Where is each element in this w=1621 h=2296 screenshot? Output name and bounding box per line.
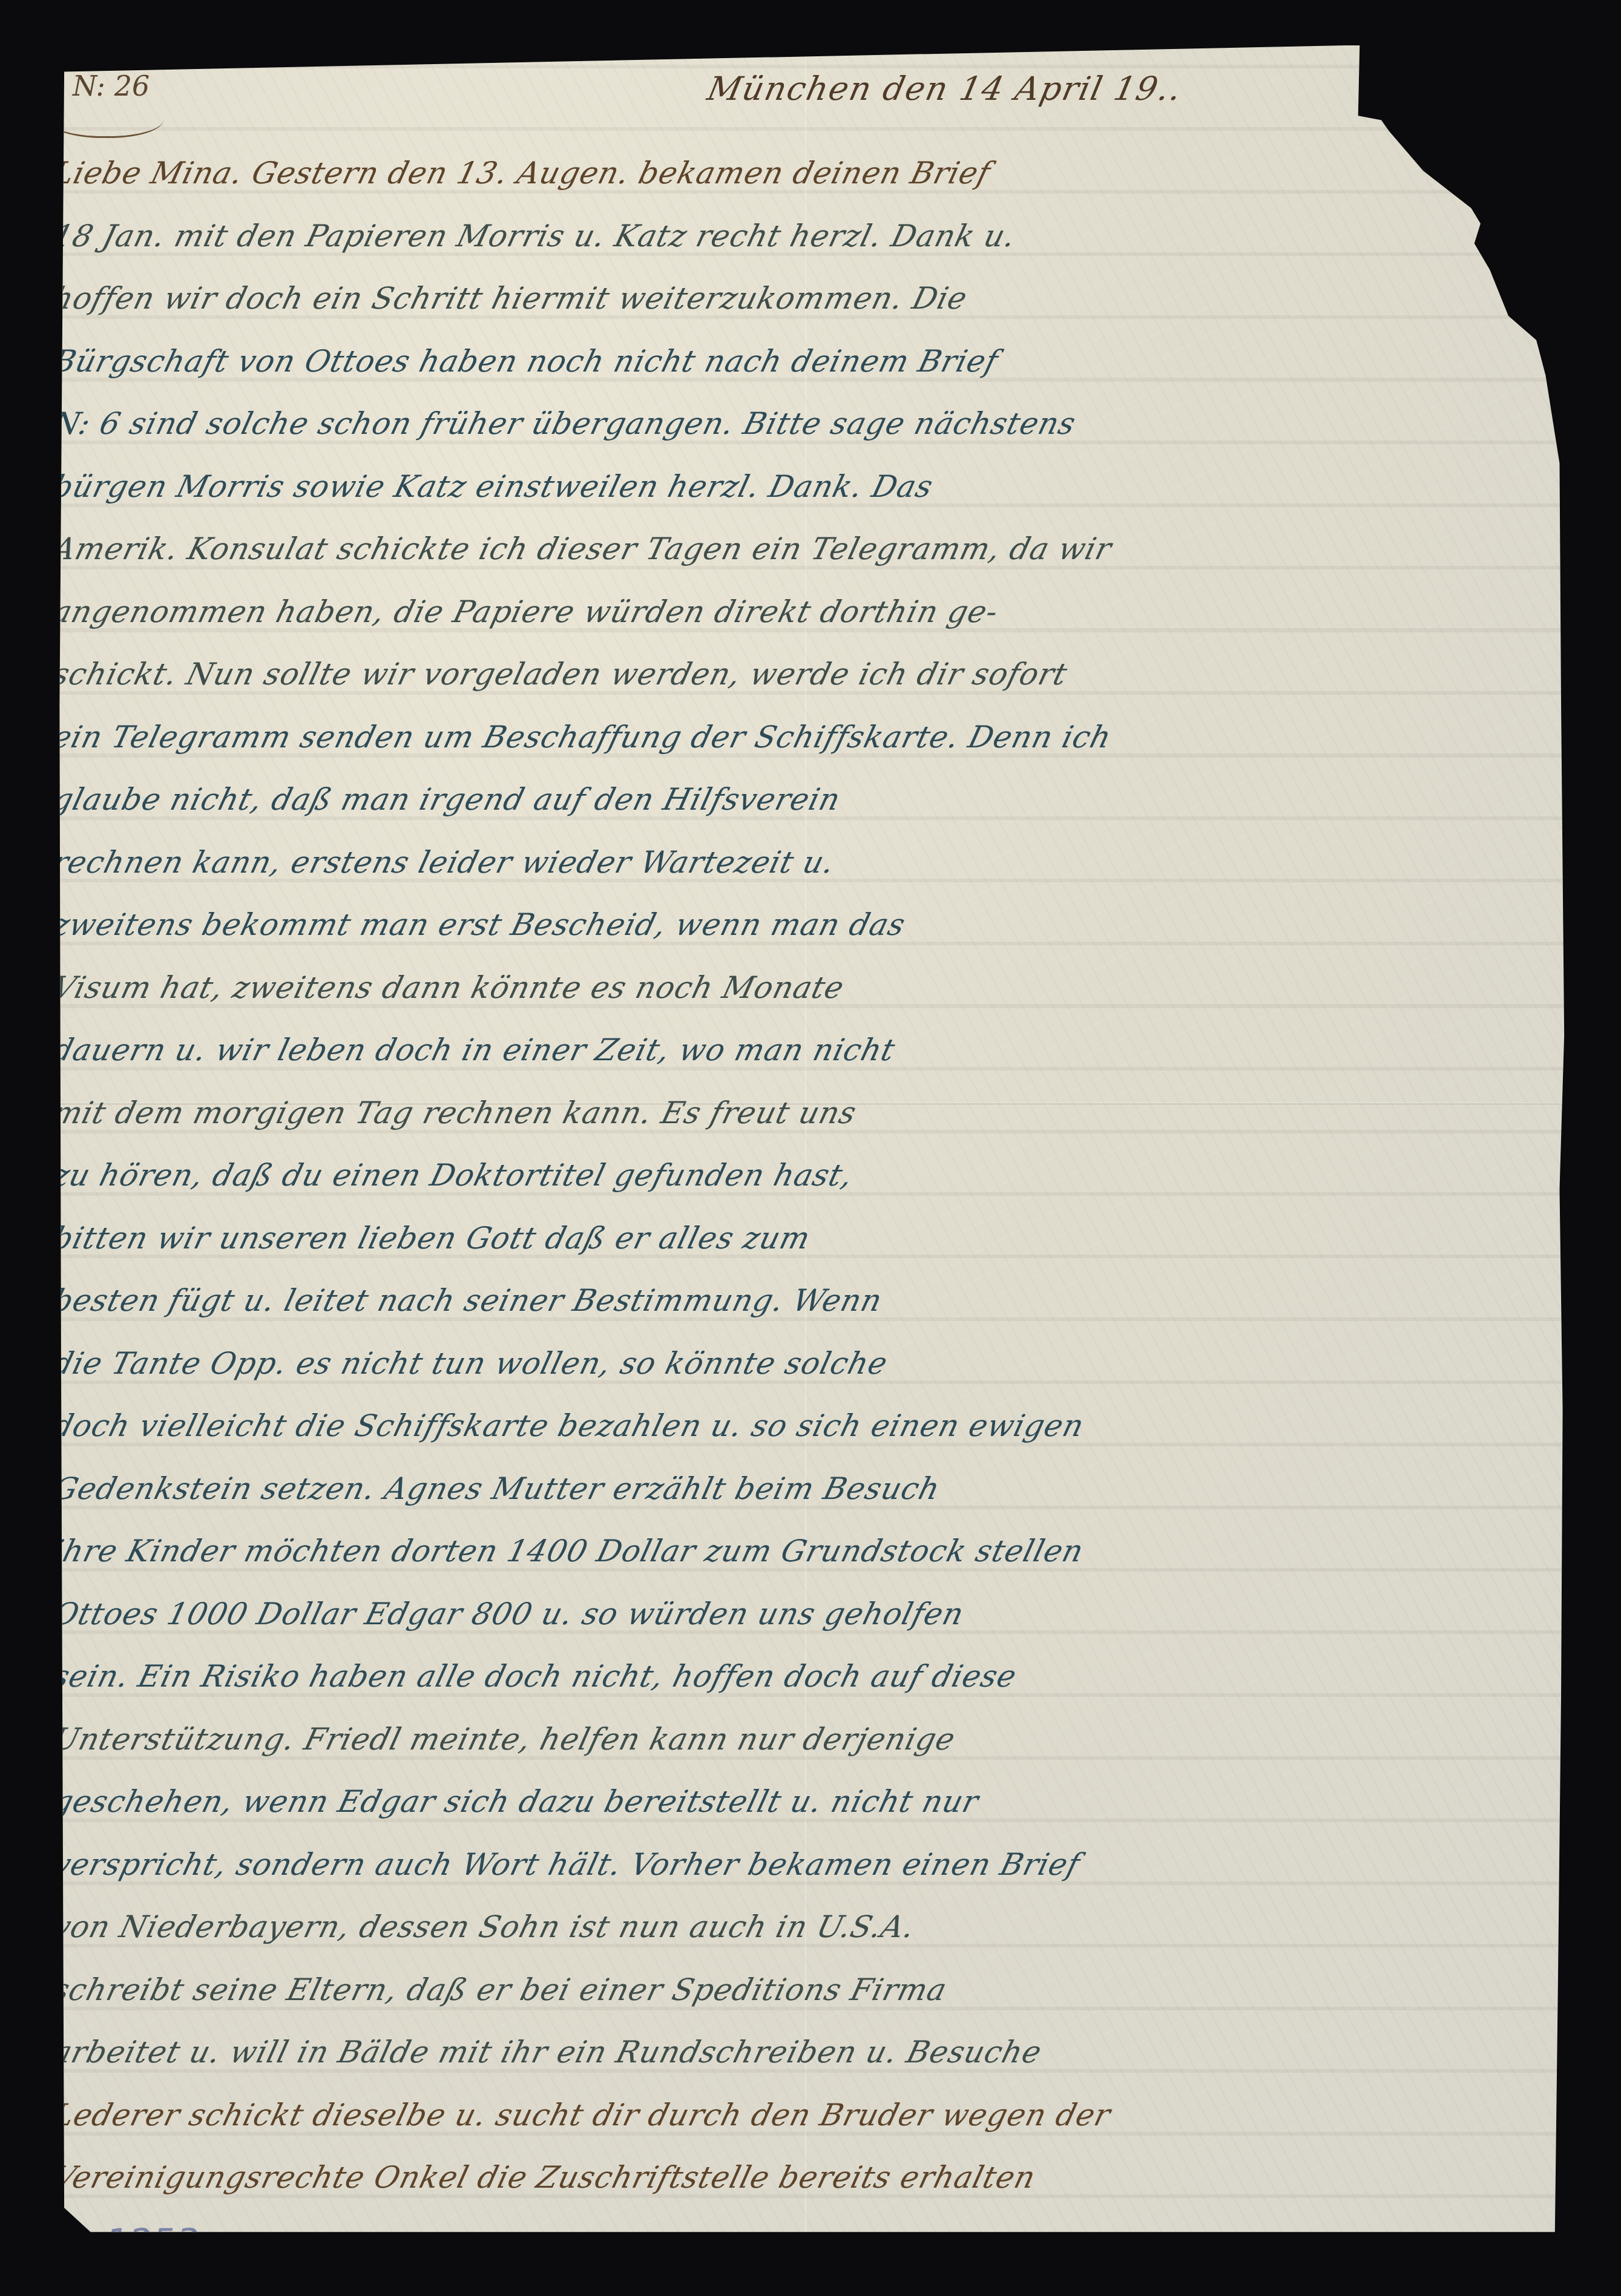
letter-line: bürgen Morris sowie Katz einstweilen her… (45, 456, 1557, 519)
letter-body: Liebe Mina. Gestern den 13. Augen. bekam… (53, 142, 1550, 2209)
letter-line: angenommen haben, die Papiere würden dir… (45, 581, 1557, 644)
letter-line: Gedenkstein setzen. Agnes Mutter erzählt… (45, 1458, 1557, 1521)
dateline: München den 14 April 19.. (704, 70, 1186, 108)
letter-line: hoffen wir doch ein Schritt hiermit weit… (45, 267, 1557, 330)
letter-line: mit dem morgigen Tag rechnen kann. Es fr… (45, 1082, 1557, 1145)
letter-line: ein Telegramm senden um Beschaffung der … (45, 706, 1557, 769)
letter-number: N: 26 (73, 70, 150, 102)
letter-line: 18 Jan. mit den Papieren Morris u. Katz … (45, 205, 1557, 268)
letter-line: geschehen, wenn Edgar sich dazu bereitst… (45, 1771, 1557, 1834)
archive-number: 1253 (102, 2221, 204, 2262)
letter-line: sein. Ein Risiko haben alle doch nicht, … (45, 1645, 1557, 1708)
letter-line: doch vielleicht die Schiffskarte bezahle… (45, 1395, 1557, 1458)
letter-line: Unterstützung. Friedl meinte, helfen kan… (45, 1708, 1557, 1771)
letter-line: von Niederbayern, dessen Sohn ist nun au… (45, 1896, 1557, 1959)
letter-line: ihre Kinder möchten dorten 1400 Dollar z… (45, 1520, 1557, 1583)
letter-line: arbeitet u. will in Bälde mit ihr ein Ru… (45, 2021, 1557, 2084)
letter-line: rechnen kann, erstens leider wieder Wart… (45, 831, 1557, 894)
letter-line: dauern u. wir leben doch in einer Zeit, … (45, 1019, 1557, 1082)
letter-line: die Tante Opp. es nicht tun wollen, so k… (45, 1333, 1557, 1396)
letter-line: Bürgschaft von Ottoes haben noch nicht n… (45, 330, 1557, 393)
letter-line: glaube nicht, daß man irgend auf den Hil… (45, 769, 1557, 831)
letter-line: besten fügt u. leitet nach seiner Bestim… (45, 1270, 1557, 1333)
letter-line: N: 6 sind solche schon früher übergangen… (45, 393, 1557, 456)
letter-line: zu hören, daß du einen Doktortitel gefun… (45, 1144, 1557, 1207)
letter-line: verspricht, sondern auch Wort hält. Vorh… (45, 1834, 1557, 1897)
letter-line: Ottoes 1000 Dollar Edgar 800 u. so würde… (45, 1583, 1557, 1646)
letter-line: bitten wir unseren lieben Gott daß er al… (45, 1207, 1557, 1270)
letter-line: Amerik. Konsulat schickte ich dieser Tag… (45, 518, 1557, 581)
letter-line: Liebe Mina. Gestern den 13. Augen. bekam… (45, 142, 1557, 205)
letter-line: schreibt seine Eltern, daß er bei einer … (45, 1959, 1557, 2022)
letter-line: Lederer schickt dieselbe u. sucht dir du… (45, 2084, 1557, 2147)
letter-line: Visum hat, zweitens dann könnte es noch … (45, 957, 1557, 1020)
letter-number-flourish (48, 112, 163, 138)
letter-line: Vereinigungsrechte Onkel die Zuschriftst… (45, 2147, 1557, 2209)
letter-line: zweitens bekommt man erst Bescheid, wenn… (45, 894, 1557, 957)
letter-sheet: N: 26 München den 14 April 19.. Liebe Mi… (36, 45, 1586, 2245)
scan-background: N: 26 München den 14 April 19.. Liebe Mi… (0, 0, 1621, 2296)
letter-line: schickt. Nun sollte wir vorgeladen werde… (45, 643, 1557, 706)
